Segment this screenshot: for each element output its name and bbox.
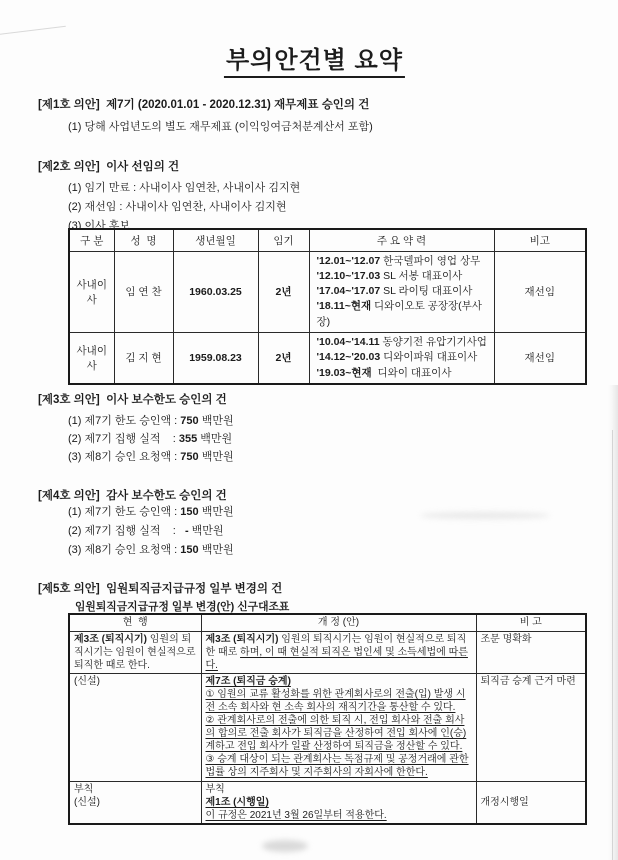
col-header-term: 임기 xyxy=(258,229,309,251)
career-line: '19.03~현재 디와이 대표이사 xyxy=(317,366,490,381)
scan-artifact-line xyxy=(612,430,613,860)
cell-note: 재선임 xyxy=(494,251,586,332)
cell-term: 2년 xyxy=(258,332,309,383)
cell-current: 제3조 (퇴직시기) 임원의 퇴직시기는 임원이 현실적으로 퇴직한 때로 한다… xyxy=(69,631,201,673)
revised-article-title: 제7조 (퇴직금 승계) xyxy=(206,675,472,688)
scan-artifact-smudge xyxy=(262,840,308,852)
section4-item: (3) 제8기 승인 요청액 : 150 백만원 xyxy=(68,541,234,557)
cell-revised: 부칙 제1조 (시행일) 이 규정은 2021년 3월 26일부터 적용한다. xyxy=(201,781,476,824)
table-header-row: 현 행 개 정 (안) 비 고 xyxy=(69,614,586,631)
career-line: '10.04~'14.11 동양기전 유압기기사업 xyxy=(317,335,490,350)
section3-item: (1) 제7기 한도 승인액 : 750 백만원 xyxy=(68,412,234,428)
cell-revised: 제7조 (퇴직금 승계) ① 임원의 교류 활성화를 위한 관계회사로의 전출(… xyxy=(201,673,476,781)
cell-term: 2년 xyxy=(258,251,309,332)
scanned-document-page: 부의안건별 요약 [제1호 의안] 제7기 (2020.01.01 - 2020… xyxy=(0,0,618,860)
section3-item: (2) 제7기 집행 실적 : 355 백만원 xyxy=(68,430,232,446)
cell-revised: 제3조 (퇴직시기) 임원의 퇴직시기는 임원이 현실적으로 퇴직한 때로 하며… xyxy=(201,631,476,673)
col-header-note: 비 고 xyxy=(476,614,586,631)
col-header-revised: 개 정 (안) xyxy=(201,614,476,631)
section1-item: (1) 당해 사업년도의 별도 재무제표 (이익잉여금처분계산서 포함) xyxy=(68,118,373,134)
scan-artifact-line xyxy=(0,26,66,36)
cell-note: 퇴직금 승계 근거 마련 xyxy=(476,673,586,781)
section2-item: (1) 임기 만료 : 사내이사 임연찬, 사내이사 김지현 xyxy=(68,179,300,195)
cell-category: 사내이사 xyxy=(69,251,114,332)
table-row: 부칙 (신설) 부칙 제1조 (시행일) 이 규정은 2021년 3월 26일부… xyxy=(69,781,586,824)
cell-career: '10.04~'14.11 동양기전 유압기기사업 '14.12~'20.03 … xyxy=(309,332,494,383)
career-line: '18.11~현재 디와이오토 공장장(부사장) xyxy=(317,299,490,330)
career-line: '12.01~'12.07 한국델파이 영업 상무 xyxy=(317,254,490,269)
table-header-row: 구 분 성 명 생년월일 임기 주 요 약 력 비고 xyxy=(69,229,586,251)
cell-category: 사내이사 xyxy=(69,332,114,383)
career-line: '17.04~'17.07 SL 라이팅 대표이사 xyxy=(317,284,490,299)
cell-birthdate: 1959.08.23 xyxy=(173,332,258,383)
section3-item: (3) 제8기 승인 요청액 : 750 백만원 xyxy=(68,448,234,464)
cell-name: 김 지 현 xyxy=(114,332,173,383)
section2-heading: [제2호 의안] 이사 선임의 건 xyxy=(38,158,179,174)
cell-note: 조문 명확화 xyxy=(476,631,586,673)
col-header-name: 성 명 xyxy=(114,229,173,251)
table-row: 사내이사 임 연 찬 1960.03.25 2년 '12.01~'12.07 한… xyxy=(69,251,586,332)
section1-heading: [제1호 의안] 제7기 (2020.01.01 - 2020.12.31) 재… xyxy=(38,96,369,112)
director-candidate-table: 구 분 성 명 생년월일 임기 주 요 약 력 비고 사내이사 임 연 찬 19… xyxy=(68,228,587,385)
revision-comparison-table: 현 행 개 정 (안) 비 고 제3조 (퇴직시기) 임원의 퇴직시기는 임원이… xyxy=(68,613,587,825)
revised-clause: ① 임원의 교류 활성화를 위한 관계회사로의 전출(입) 발생 시 전 소속 … xyxy=(206,688,472,714)
col-header-note: 비고 xyxy=(494,229,586,251)
cell-name: 임 연 찬 xyxy=(114,251,173,332)
cell-current: (신설) xyxy=(69,673,201,781)
table-row: 제3조 (퇴직시기) 임원의 퇴직시기는 임원이 현실적으로 퇴직한 때로 한다… xyxy=(69,631,586,673)
section5-heading: [제5호 의안] 임원퇴직금지급규정 일부 변경의 건 xyxy=(38,580,282,596)
section4-item: (2) 제7기 집행 실적 : - 백만원 xyxy=(68,522,224,538)
revised-clause: ② 관계회사로의 전출에 의한 퇴직 시, 전입 회사와 전출 회사의 합의로 … xyxy=(206,714,472,753)
page-title: 부의안건별 요약 xyxy=(224,40,405,78)
table-row: 사내이사 김 지 현 1959.08.23 2년 '10.04~'14.11 동… xyxy=(69,332,586,383)
revised-clause: ③ 승계 대상이 되는 관계회사는 독점규제 및 공정거래에 관한 법률 상의 … xyxy=(206,753,472,779)
career-line: '14.12~'20.03 디와이파워 대표이사 xyxy=(317,350,490,365)
cell-career: '12.01~'12.07 한국델파이 영업 상무 '12.10~'17.03 … xyxy=(309,251,494,332)
scan-artifact-band xyxy=(608,385,618,860)
col-header-current: 현 행 xyxy=(69,614,201,631)
col-header-birthdate: 생년월일 xyxy=(173,229,258,251)
col-header-career: 주 요 약 력 xyxy=(309,229,494,251)
career-line: '12.10~'17.03 SL 서봉 대표이사 xyxy=(317,269,490,284)
cell-note: 재선임 xyxy=(494,332,586,383)
cell-birthdate: 1960.03.25 xyxy=(173,251,258,332)
scan-artifact-smudge xyxy=(420,512,550,519)
revision-table-subtitle: 임원퇴직금지급규정 일부 변경(안) 신구대조표 xyxy=(75,599,289,614)
section2-item: (2) 재선임 : 사내이사 임연찬, 사내이사 김지현 xyxy=(68,198,287,214)
cell-note: 개정시행일 xyxy=(476,781,586,824)
section3-heading: [제3호 의안] 이사 보수한도 승인의 건 xyxy=(38,391,227,407)
table-row: (신설) 제7조 (퇴직금 승계) ① 임원의 교류 활성화를 위한 관계회사로… xyxy=(69,673,586,781)
section4-heading: [제4호 의안] 감사 보수한도 승인의 건 xyxy=(38,487,227,503)
col-header-category: 구 분 xyxy=(69,229,114,251)
cell-current: 부칙 (신설) xyxy=(69,781,201,824)
section4-item: (1) 제7기 한도 승인액 : 150 백만원 xyxy=(68,503,234,519)
